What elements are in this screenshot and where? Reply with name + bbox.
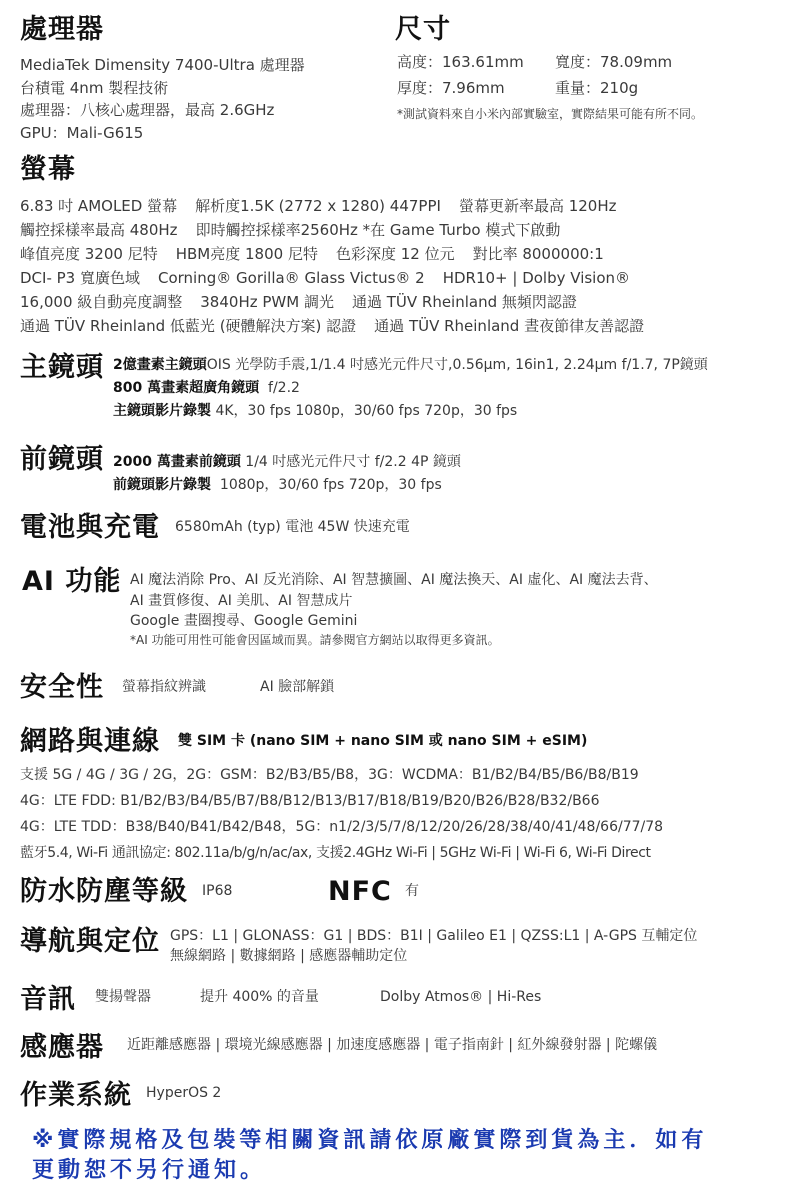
main-camera-specs: 2億畫素主鏡頭OIS 光學防手震,1/1.4 吋感光元件尺寸,0.56μm, 1… xyxy=(113,354,708,423)
front-camera-specs: 2000 萬畫素前鏡頭 1/4 吋感光元件尺寸 f/2.2 4P 鏡頭 前鏡頭影… xyxy=(113,451,461,497)
processor-line: 台積電 4nm 製程技術 xyxy=(20,77,305,100)
dimension-thickness: 厚度：7.96mm xyxy=(397,78,505,98)
ai-title: AI 功能 xyxy=(22,566,121,598)
disclaimer-line: ※實際規格及包裝等相關資訊請依原廠實際到貨為主．如有 xyxy=(32,1126,707,1156)
sensors-title: 感應器 xyxy=(20,1032,104,1064)
sim-spec: 雙 SIM 卡 (nano SIM + nano SIM 或 nano SIM … xyxy=(178,732,587,751)
dimensions-note: *測試資料來自小米內部實驗室，實際結果可能有所不同。 xyxy=(397,106,703,122)
ai-feature-line: AI 畫質修復、AI 美肌、AI 智慧成片 xyxy=(130,591,658,612)
waterproof-title: 防水防塵等級 xyxy=(20,876,188,908)
ai-specs: AI 魔法消除 Pro、AI 反光消除、AI 智慧擴圖、AI 魔法換天、AI 虛… xyxy=(130,570,658,648)
front-camera-label: 2000 萬畫素前鏡頭 xyxy=(113,454,241,470)
processor-title: 處理器 xyxy=(20,14,104,46)
display-line: 峰值亮度 3200 尼特HBM亮度 1800 尼特色彩深度 12 位元對比率 8… xyxy=(20,242,644,266)
navigation-title: 導航與定位 xyxy=(20,926,160,958)
os-title: 作業系統 xyxy=(20,1080,132,1112)
front-camera-title: 前鏡頭 xyxy=(20,444,104,476)
network-bands: 支援 5G / 4G / 3G / 2G，2G：GSM：B2/B3/B5/B8，… xyxy=(20,762,663,866)
battery-title: 電池與充電 xyxy=(20,512,160,544)
sensors-list: 近距離感應器 | 環境光線感應器 | 加速度感應器 | 電子指南針 | 紅外線發… xyxy=(127,1036,657,1055)
waterproof-value: IP68 xyxy=(202,882,232,901)
display-line: 通過 TÜV Rheinland 低藍光 (硬體解決方案) 認證通過 TÜV R… xyxy=(20,314,644,338)
display-line: DCI- P3 寬廣色域Corning® Gorilla® Glass Vict… xyxy=(20,266,644,290)
ultrawide-label: 800 萬畫素超廣角鏡頭 xyxy=(113,380,259,396)
processor-line: GPU：Mali-G615 xyxy=(20,122,305,145)
ai-note: *AI 功能可用性可能會因區域而異。請參閱官方網站以取得更多資訊。 xyxy=(130,632,658,648)
display-line: 觸控採樣率最高 480Hz即時觸控採樣率2560Hz *在 Game Turbo… xyxy=(20,218,644,242)
disclaimer: ※實際規格及包裝等相關資訊請依原廠實際到貨為主．如有 更動恕不另行通知。 xyxy=(32,1126,707,1186)
disclaimer-line: 更動恕不另行通知。 xyxy=(32,1156,707,1186)
front-video-label: 前鏡頭影片錄製 xyxy=(113,477,211,493)
audio-item: Dolby Atmos® | Hi-Res xyxy=(380,988,541,1007)
network-line: 4G：LTE FDD: B1/B2/B3/B4/B5/B7/B8/B12/B13… xyxy=(20,788,663,814)
ai-feature-line: Google 畫圈搜尋、Google Gemini xyxy=(130,611,658,632)
display-title: 螢幕 xyxy=(20,154,76,186)
network-line: 4G：LTE TDD：B38/B40/B41/B42/B48，5G：n1/2/3… xyxy=(20,814,663,840)
processor-line: MediaTek Dimensity 7400-Ultra 處理器 xyxy=(20,54,305,77)
processor-line: 處理器：八核心處理器，最高 2.6GHz xyxy=(20,99,305,122)
display-line: 16,000 級自動亮度調整3840Hz PWM 調光通過 TÜV Rheinl… xyxy=(20,290,644,314)
nfc-value: 有 xyxy=(405,882,419,901)
security-item: AI 臉部解鎖 xyxy=(260,678,334,697)
main-camera-label: 2億畫素主鏡頭 xyxy=(113,357,207,373)
os-value: HyperOS 2 xyxy=(146,1084,221,1103)
navigation-line: GPS：L1 | GLONASS：G1 | BDS：B1I | Galileo … xyxy=(170,926,697,946)
dimension-weight: 重量：210g xyxy=(555,78,638,98)
audio-item: 提升 400% 的音量 xyxy=(200,988,319,1007)
dimension-width: 寬度：78.09mm xyxy=(555,52,672,72)
battery-specs: 6580mAh (typ) 電池 45W 快速充電 xyxy=(175,518,410,537)
display-specs: 6.83 吋 AMOLED 螢幕解析度1.5K (2772 x 1280) 44… xyxy=(20,194,644,338)
security-title: 安全性 xyxy=(20,672,104,704)
navigation-specs: GPS：L1 | GLONASS：G1 | BDS：B1I | Galileo … xyxy=(170,926,697,966)
dimensions-title: 尺寸 xyxy=(395,14,451,46)
dimension-height: 高度：163.61mm xyxy=(397,52,524,72)
network-title: 網路與連線 xyxy=(20,726,160,758)
processor-specs: MediaTek Dimensity 7400-Ultra 處理器 台積電 4n… xyxy=(20,54,305,144)
network-line: 支援 5G / 4G / 3G / 2G，2G：GSM：B2/B3/B5/B8，… xyxy=(20,762,663,788)
ai-feature-line: AI 魔法消除 Pro、AI 反光消除、AI 智慧擴圖、AI 魔法換天、AI 虛… xyxy=(130,570,658,591)
main-camera-title: 主鏡頭 xyxy=(20,352,104,384)
navigation-line: 無線網路 | 數據網路 | 感應器輔助定位 xyxy=(170,946,697,966)
security-item: 螢幕指紋辨識 xyxy=(122,678,206,697)
nfc-title: NFC xyxy=(328,876,392,908)
main-video-label: 主鏡頭影片錄製 xyxy=(113,403,211,419)
audio-item: 雙揚聲器 xyxy=(95,988,151,1007)
audio-title: 音訊 xyxy=(20,984,76,1016)
network-line: 藍牙5.4, Wi-Fi 通訊協定: 802.11a/b/g/n/ac/ax, … xyxy=(20,840,663,866)
display-line: 6.83 吋 AMOLED 螢幕解析度1.5K (2772 x 1280) 44… xyxy=(20,194,644,218)
